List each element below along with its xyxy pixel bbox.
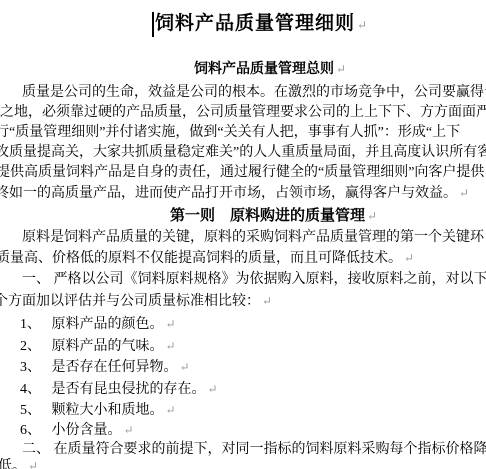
line-text: 二、 在质量符合要求的前提下，对同一指标的饲料原料采购每个指标价格降 — [22, 442, 486, 457]
paragraph-line: 终如一的高质量产品，进而使产品打开市场，占领市场，赢得客户与效益。↵ — [0, 183, 469, 204]
pilcrow-mark: ↵ — [459, 186, 469, 200]
line-text: 1、 原料产品的颜色。 — [20, 317, 164, 332]
pilcrow-mark: ↵ — [166, 403, 176, 417]
list-item-5: 5、 颗粒大小和质地。↵ — [20, 400, 176, 421]
paragraph-line: 提供高质量饲料产品是自身的责任，通过履行健全的“质量管理细则”向客户提供 — [0, 163, 484, 183]
heading-text: 饲料产品质量管理总则 — [194, 62, 334, 77]
line-text: 6、 小份含量。 — [20, 423, 122, 438]
list-item-2: 2、 原料产品的气味。↵ — [20, 336, 176, 357]
line-text: 原料是饲料产品质量的关键，原料的采购饲料产品质量管理的第一个关键环 — [0, 230, 484, 245]
paragraph-line: 之地，必须靠过硬的产品质量，公司质量管理要求公司的上上下下、方方面面严格 — [0, 103, 486, 123]
text-cursor — [152, 12, 154, 37]
line-text: 2、 原料产品的气味。 — [20, 339, 164, 354]
paragraph-line: 攻质量提高关，大家共抓质量稳定难关”的人人重质量局面，并且高度认识所有客 — [0, 143, 486, 163]
pilcrow-mark: ↵ — [166, 339, 176, 353]
line-text: 终如一的高质量产品，进而使产品打开市场，占领市场，赢得客户与效益。 — [0, 186, 457, 201]
line-text: 低。 — [0, 459, 26, 469]
line-text: 质量高、价格低的原料不仅能提高饲料的质量，而且可降低技术。 — [0, 251, 402, 266]
pilcrow-mark: ↵ — [28, 459, 38, 469]
pilcrow-mark: ↵ — [124, 423, 134, 437]
document-title-text: 饲料产品质量管理细则 — [155, 13, 355, 34]
pilcrow-mark: ↵ — [208, 382, 218, 396]
line-text: 质量是公司的生命，效益是公司的根本。在激烈的市场竞争中，公司要赢得一 — [0, 85, 486, 100]
pilcrow-mark: ↵ — [404, 251, 414, 265]
pilcrow-mark: ↵ — [262, 294, 272, 308]
section-heading-general: 饲料产品质量管理总则↵ — [194, 59, 346, 80]
pilcrow-mark: ↵ — [166, 317, 176, 331]
list-item-3: 3、 是否存在任何异物。↵ — [20, 357, 190, 378]
document-title: 饲料产品质量管理细则↵ — [155, 11, 368, 38]
list-item-4: 4、 是否有昆虫侵扰的存在。↵ — [20, 379, 218, 400]
line-text: 个方面加以评估并与公司质量标准相比较： — [0, 294, 260, 309]
line-text: 3、 是否存在任何异物。 — [20, 360, 178, 375]
paragraph-line: 质量高、价格低的原料不仅能提高饲料的质量，而且可降低技术。↵ — [0, 248, 414, 269]
paragraph-line: 个方面加以评估并与公司质量标准相比较：↵ — [0, 291, 272, 312]
heading-text: 第一则 原料购进的质量管理 — [170, 208, 365, 224]
paragraph-line-clipped: 低。↵ — [0, 456, 38, 469]
line-text: 行“质量管理细则”并付诸实施，做到“关关有人把，事事有人抓”：形成“上下 — [0, 125, 460, 140]
paragraph-line: 行“质量管理细则”并付诸实施，做到“关关有人把，事事有人抓”：形成“上下 — [0, 123, 460, 143]
list-item-1: 1、 原料产品的颜色。↵ — [20, 314, 176, 335]
line-text: 之地，必须靠过硬的产品质量，公司质量管理要求公司的上上下下、方方面面严格 — [0, 105, 486, 120]
paragraph-line: 原料是饲料产品质量的关键，原料的采购饲料产品质量管理的第一个关键环 — [0, 228, 484, 248]
pilcrow-mark: ↵ — [367, 209, 377, 223]
line-text: 攻质量提高关，大家共抓质量稳定难关”的人人重质量局面，并且高度认识所有客 — [0, 145, 486, 160]
document-page[interactable]: 饲料产品质量管理细则↵ 饲料产品质量管理总则↵ 质量是公司的生命，效益是公司的根… — [0, 0, 486, 469]
section-heading-rule1: 第一则 原料购进的质量管理↵ — [170, 206, 377, 226]
list-item-two: 二、 在质量符合要求的前提下，对同一指标的饲料原料采购每个指标价格降 — [22, 440, 486, 460]
list-item-6: 6、 小份含量。↵ — [20, 420, 134, 441]
pilcrow-mark: ↵ — [336, 62, 346, 76]
line-text: 4、 是否有昆虫侵扰的存在。 — [20, 382, 206, 397]
list-item-one: 一、 严格以公司《饲料原料规格》为依据购入原料，接收原料之前，对以下 — [22, 270, 486, 290]
line-text: 一、 严格以公司《饲料原料规格》为依据购入原料，接收原料之前，对以下 — [22, 272, 486, 287]
pilcrow-mark: ↵ — [180, 360, 190, 374]
line-text: 提供高质量饲料产品是自身的责任，通过履行健全的“质量管理细则”向客户提供 — [0, 165, 484, 180]
paragraph-line: 质量是公司的生命，效益是公司的根本。在激烈的市场竞争中，公司要赢得一 — [0, 83, 486, 103]
line-text: 5、 颗粒大小和质地。 — [20, 403, 164, 418]
pilcrow-mark: ↵ — [357, 18, 368, 32]
